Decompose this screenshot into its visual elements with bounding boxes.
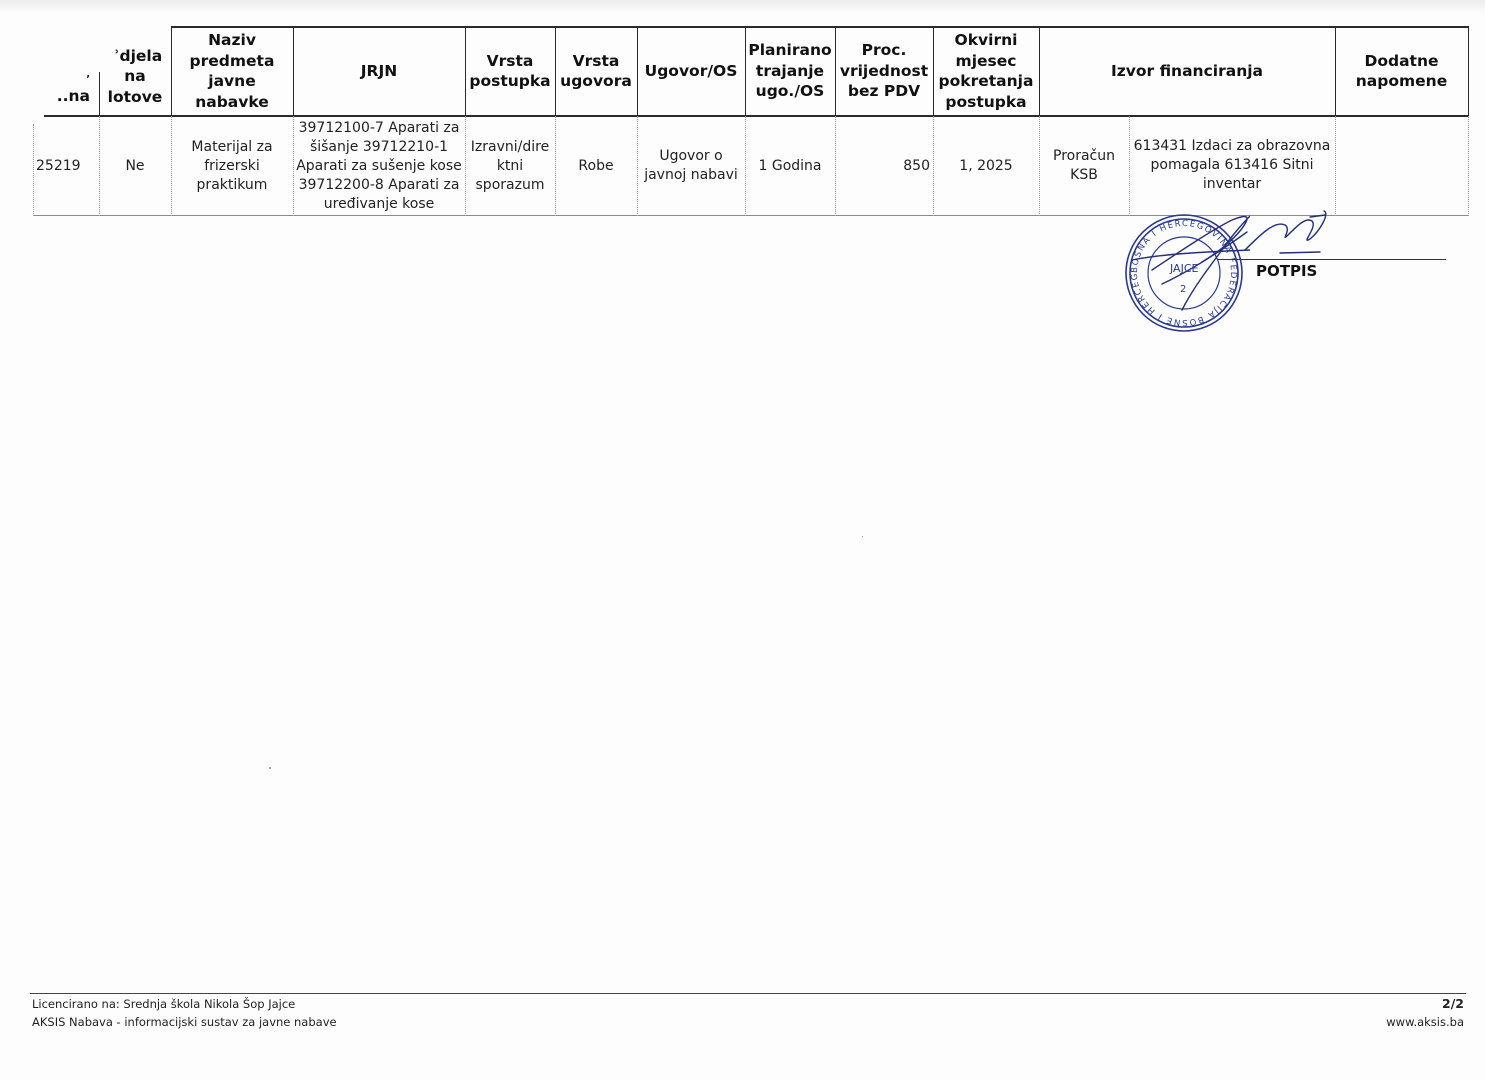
header-podjela-na-lotove: ʾdjela na lotove xyxy=(99,36,171,116)
header-text: Okvirni xyxy=(955,30,1018,51)
header-text: ..na xyxy=(57,86,90,107)
header-text: postupka xyxy=(945,92,1026,113)
header-izvor-financiranja: Izvor financiranja xyxy=(1039,27,1335,115)
official-stamp-icon: BOSNA I HERCEGOVINA FEDERACIJA BOSNE I H… xyxy=(1122,210,1250,336)
header-napomene: Dodatne napomene xyxy=(1335,27,1468,115)
cell-text: javnoj nabavi xyxy=(644,166,738,185)
header-mjesec: Okvirni mjesec pokretanja postupka xyxy=(933,27,1039,115)
header-text: Vrsta xyxy=(487,51,534,72)
footer-license: Licencirano na: Srednja škola Nikola Šop… xyxy=(32,997,295,1011)
scan-artifact xyxy=(269,767,271,769)
cell-text: 613431 Izdaci za obrazovna xyxy=(1134,137,1331,156)
header-vrsta-ugovora: Vrsta ugovora xyxy=(555,27,637,115)
cell-text: Aparati za sušenje kose xyxy=(296,157,462,176)
cell-vrsta-ugovora: Robe xyxy=(555,117,637,215)
header-text: ʾdjela xyxy=(114,46,162,67)
cell-vrsta-postupka: Izravni/dire ktni sporazum xyxy=(465,117,555,215)
header-text: postupka xyxy=(469,71,550,92)
header-text: pokretanja xyxy=(939,71,1034,92)
header-text: napomene xyxy=(1356,71,1447,92)
header-text: JRJN xyxy=(361,61,397,82)
cell-text: Izravni/dire xyxy=(471,138,549,157)
header-text: bez PDV xyxy=(848,81,920,102)
cell-napomene xyxy=(1335,117,1468,215)
cell-jrjn: 39712100-7 Aparati za šišanje 39712210-1… xyxy=(293,117,465,215)
cell-trajanje: 1 Godina xyxy=(745,117,835,215)
cell-text: frizerski xyxy=(204,157,260,176)
header-text: Planirano xyxy=(748,40,831,61)
header-text: ’ xyxy=(86,74,90,86)
header-text: trajanje xyxy=(756,61,824,82)
header-jrjn: JRJN xyxy=(293,27,465,115)
header-text: Proc. xyxy=(862,40,907,61)
header-sifra: ’ ..na xyxy=(40,66,98,116)
cell-vrijednost: 850 xyxy=(835,117,933,215)
cell-text: KSB xyxy=(1070,166,1098,185)
header-text: Dodatne xyxy=(1364,51,1438,72)
header-text: predmeta xyxy=(190,51,275,72)
cell-text: šišanje 39712210-1 xyxy=(310,138,448,157)
header-vrijednost: Proc. vrijednost bez PDV xyxy=(835,27,933,115)
header-text: lotove xyxy=(108,87,163,108)
cell-text: Ne xyxy=(125,157,144,176)
cell-text: 1 Godina xyxy=(759,157,822,176)
header-text: Naziv xyxy=(208,30,256,51)
cell-text: inventar xyxy=(1203,175,1261,194)
header-trajanje: Planirano trajanje ugo./OS xyxy=(745,27,835,115)
header-text: na xyxy=(124,66,146,87)
header-divider xyxy=(1468,26,1469,116)
row-divider xyxy=(1468,116,1469,216)
signature-scribble-icon xyxy=(1240,205,1350,265)
cell-text: 850 xyxy=(903,157,930,176)
cell-text: 39712100-7 Aparati za xyxy=(299,119,460,138)
header-text: Vrsta xyxy=(573,51,620,72)
cell-text: ktni xyxy=(497,157,523,176)
cell-text: Robe xyxy=(578,157,613,176)
footer-website: www.aksis.ba xyxy=(1386,1015,1464,1029)
cell-text: uređivanje kose xyxy=(324,195,434,214)
cell-text: Proračun xyxy=(1053,147,1115,166)
cell-text: 39712200-8 Aparati za xyxy=(299,176,460,195)
cell-text: sporazum xyxy=(476,176,545,195)
header-text: Izvor financiranja xyxy=(1111,61,1263,82)
cell-text: Ugovor o xyxy=(659,147,722,166)
cell-text: 25219 xyxy=(36,157,81,176)
cell-mjesec: 1, 2025 xyxy=(933,117,1039,215)
cell-sifra: 25219 xyxy=(34,117,99,215)
page-number: 2/2 xyxy=(1442,996,1464,1011)
header-text: mjesec xyxy=(956,51,1017,72)
cell-text: pomagala 613416 Sitni xyxy=(1151,156,1314,175)
footer-system: AKSIS Nabava - informacijski sustav za j… xyxy=(32,1015,337,1029)
header-text: nabavke xyxy=(195,92,269,113)
cell-naziv: Materijal za frizerski praktikum xyxy=(171,117,293,215)
cell-text: praktikum xyxy=(197,176,268,195)
cell-ugovor-os: Ugovor o javnoj nabavi xyxy=(637,117,745,215)
header-text: Ugovor/OS xyxy=(645,61,738,82)
header-vrsta-postupka: Vrsta postupka xyxy=(465,27,555,115)
svg-text:2: 2 xyxy=(1180,284,1186,295)
scan-artifact xyxy=(862,536,863,537)
scan-edge-shadow xyxy=(0,0,1485,14)
header-ugovor-os: Ugovor/OS xyxy=(637,27,745,115)
cell-izvor-konto: 613431 Izdaci za obrazovna pomagala 6134… xyxy=(1129,117,1335,215)
cell-izvor-budzet: Proračun KSB xyxy=(1039,117,1129,215)
footer-divider xyxy=(30,993,1466,994)
header-text: ugovora xyxy=(560,71,632,92)
header-text: javne xyxy=(208,71,255,92)
cell-text: 1, 2025 xyxy=(959,157,1012,176)
header-text: vrijednost xyxy=(840,61,928,82)
header-naziv: Naziv predmeta javne nabavke xyxy=(171,27,293,115)
cell-text: Materijal za xyxy=(191,138,272,157)
cell-podjela-na-lotove: Ne xyxy=(99,117,171,215)
header-text: ugo./OS xyxy=(756,81,825,102)
